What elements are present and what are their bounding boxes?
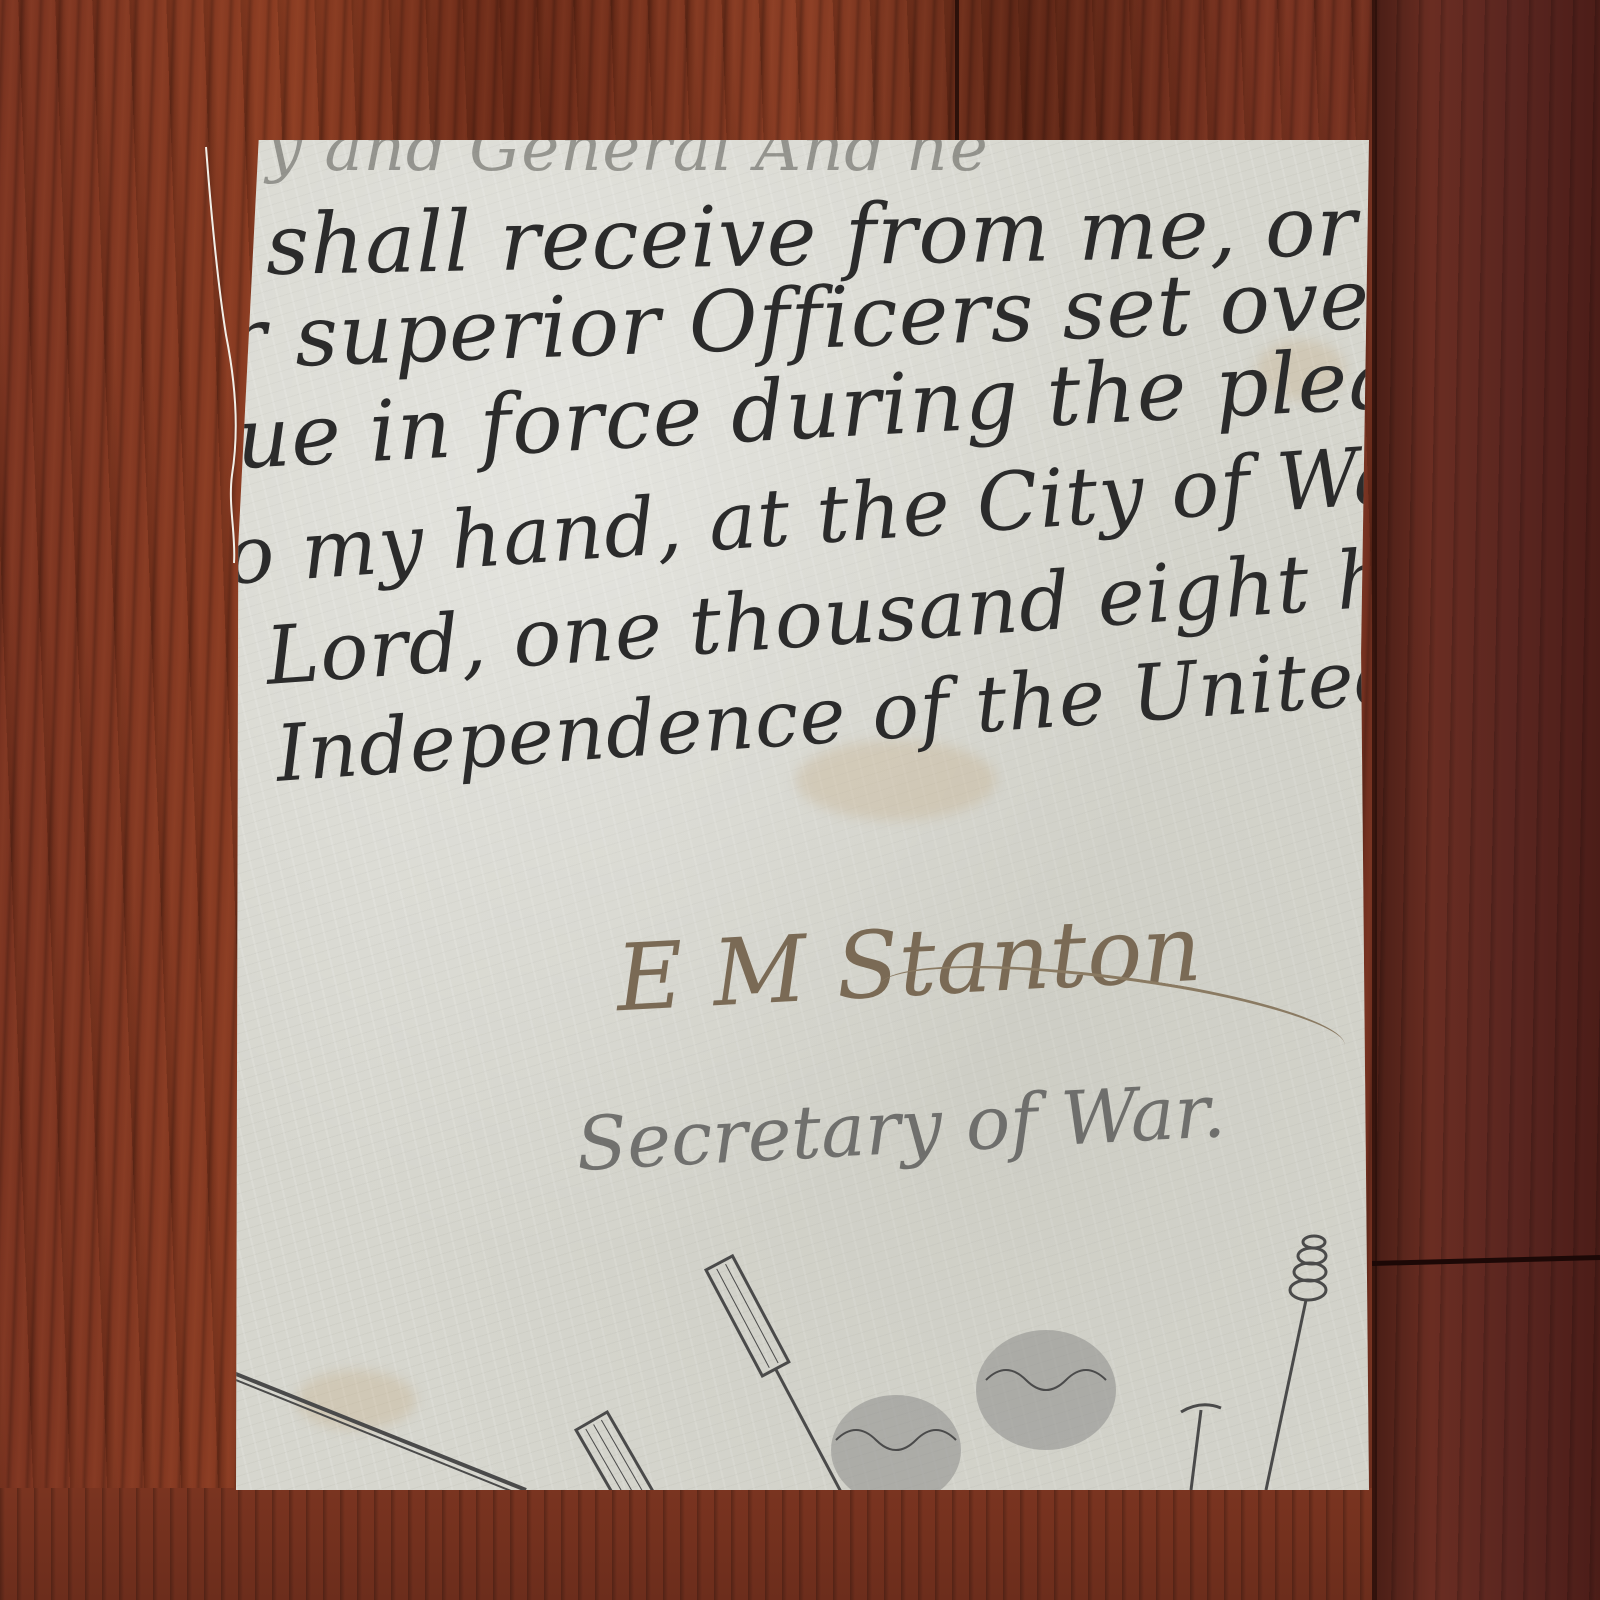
worm-screw-icon: [1181, 1405, 1221, 1490]
wood-plank-bottom: [0, 1488, 1372, 1600]
rammer-head-icon: [576, 1412, 657, 1490]
document-text-line: y and General And he: [266, 140, 989, 186]
engraved-military-trophy: [236, 1190, 1369, 1490]
spiral-staff-icon: [1266, 1236, 1326, 1490]
loose-paper-fiber: [202, 145, 242, 565]
plank-seam: [1372, 0, 1377, 1600]
wood-plank-right: [1375, 0, 1600, 1600]
sponge-head-icon: [831, 1330, 1116, 1490]
plank-seam: [955, 0, 959, 145]
signature-title: Secretary of War.: [574, 1068, 1227, 1188]
document-fragment: y and General And he shall receive from …: [236, 140, 1369, 1490]
ramrod-icon: [236, 1370, 526, 1490]
